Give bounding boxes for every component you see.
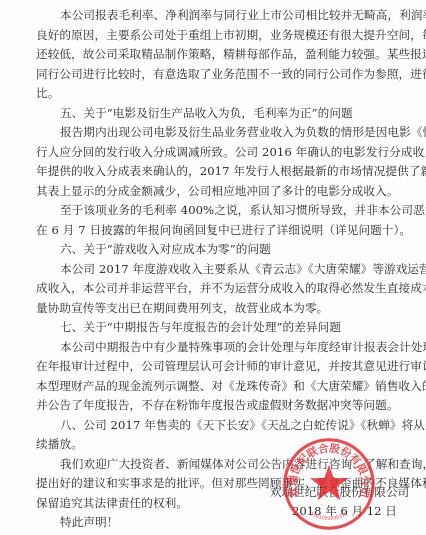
paragraph-line: 年提供的收入分成表来确认的，2017 年发行人根据最新的市场情况提供了新的收入分… bbox=[36, 162, 398, 182]
section-heading-7: 七、关于“中期报告与年度报告的会计处理”的差异问题 bbox=[36, 318, 398, 338]
seal-code: 5001093000375 bbox=[309, 511, 349, 522]
paragraph-line: 本公司中期报告中有少量特殊事项的会计处理与年度经审计报表会计处理不同的情形， bbox=[36, 338, 398, 358]
paragraph-line: 在年报审计过程中，公司管理层认可会计师的审计意见，并按其意见进行审计调整（如对保 bbox=[36, 357, 398, 377]
paragraph-line: 成收入，本公司并非运营平台，并不为运营分成收入的取得必然发生直接成本，已发生的少 bbox=[36, 279, 398, 299]
paragraph-line: 至于该项业务的毛利率 400%之说，系认知习惯所导致，并非本公司恶意为之，本公司 bbox=[36, 201, 398, 221]
paragraph-line: 本型理财产品的现金流列示调整、对《龙珠传奇》和《大唐荣耀》销售收入的调整）后编制 bbox=[36, 377, 398, 397]
section-heading-5: 五、关于“电影及衍生产品收入为负，毛利率为正”的问题 bbox=[36, 104, 398, 124]
paragraph-line: 本公司 2017 年度游戏收入主要系从《青云志》《大唐荣耀》等游戏运营平台取得的… bbox=[36, 260, 398, 280]
paragraph-line: 行人应分回的发行收入分成调减所致。公司 2016 年确认的电影发行分成收入是按发… bbox=[36, 143, 398, 163]
paragraph-line: 还较低，故公司采取精品制作策略，精耕每部作品，盈利能力较强。某些报道在将本公司与 bbox=[36, 45, 398, 65]
paragraph-line: 比。 bbox=[36, 84, 398, 104]
paragraph-line: 并公告了年度报告，不存在粉饰年度报告或虚假财务数据冲突等问题。 bbox=[36, 396, 398, 416]
paragraph-line: 良好的原因，主要系公司处于重组上市初期，业务规模还有很大提升空间，每年影视剧数量 bbox=[36, 26, 398, 46]
section-heading-6: 六、关于“游戏收入对应成本为零”的问题 bbox=[36, 240, 398, 260]
paragraph-line: 量协助宣传等支出已在期间费用列支，故营业成本为零。 bbox=[36, 299, 398, 319]
paragraph-line: 同行公司进行比较时，有意选取了业务范围不一致的同行公司作为参照，进行主观倾向式对 bbox=[36, 65, 398, 85]
section-heading-8: 八、公司 2017 年售卖的《天下长安》《天乩之白蛇传说》《秋蝉》将从今年暑期起… bbox=[36, 416, 398, 436]
paragraph-line: 本公司报表毛利率、净利润率与同行业上市公司相比较并无畸高，利润率指标总体情况 bbox=[36, 6, 398, 26]
svg-text:5001093000375: 5001093000375 bbox=[309, 511, 349, 522]
paragraph-line: 报告期内出现公司电影及衍生品业务营业收入为负数的情形是因电影《怦然星动》从发 bbox=[36, 123, 398, 143]
paragraph-line: 其表上显示的分成金额减少，公司相应地冲回了多计的电影分成收入。 bbox=[36, 182, 398, 202]
paragraph-line: 在 6 月 7 日披露的年报问询函回复中已进行了详细说明（详见问题十）。 bbox=[36, 221, 398, 241]
company-seal-icon: 欢瑞世纪联合股份有限公司 5001093000375 bbox=[281, 436, 377, 532]
